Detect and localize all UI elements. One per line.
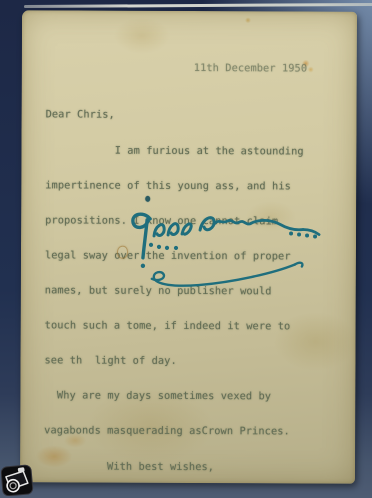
signature-ink-icon [103, 208, 328, 301]
signature-jrr-tolkien [103, 208, 328, 301]
photo-of-letter: 11th December 1950 Dear Chris, I am furi… [0, 0, 372, 498]
camera-icon [1, 461, 34, 496]
letter-line: impertinence of this young ass, and his [45, 180, 303, 193]
letter-line: With best wishes, [44, 461, 302, 474]
letter-line: Dear Chris, [46, 110, 304, 123]
letter-line: touch such a tome, if indeed it were to [45, 320, 303, 333]
letter-line: vagabonds masquerading asCrown Princes. [44, 426, 302, 439]
letter-line: I am furious at the astounding [45, 145, 303, 158]
letter-line: see th light of day. [44, 356, 302, 369]
letter-line: Why are my days sometimes vexed by [44, 391, 302, 404]
letter-date: 11th December 1950 [194, 63, 307, 75]
letter-paper: 11th December 1950 Dear Chris, I am furi… [20, 10, 357, 483]
ink-blot [145, 196, 150, 202]
table-edge-highlight [24, 3, 372, 8]
